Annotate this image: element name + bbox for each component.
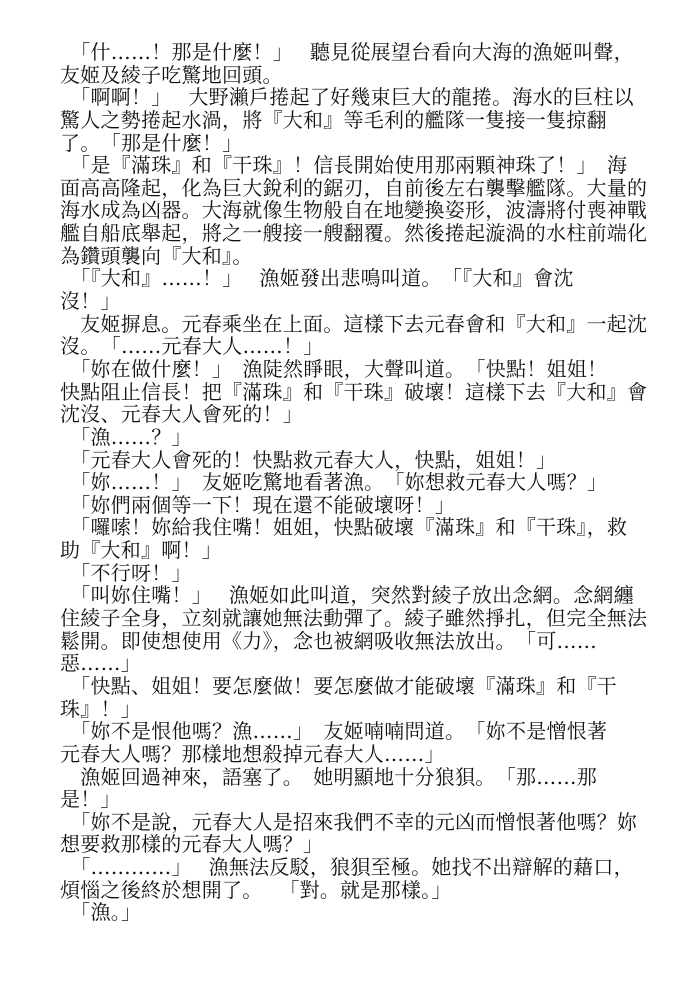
text-line: 「不行呀！」 <box>60 562 640 585</box>
text-line: 「妳們兩個等一下！現在還不能破壞呀！」 <box>60 494 640 517</box>
text-line: 「…………」 漁無法反駁，狼狽至極。她找不出辯解的藉口， <box>60 856 640 879</box>
document-page: 「什……！那是什麼！」 聽見從展望台看向大海的漁姬叫聲， 友姬及綾子吃驚地回頭。… <box>0 0 700 993</box>
text-line: 惡……」 <box>60 652 640 675</box>
text-line: 友姬及綾子吃驚地回頭。 <box>60 64 640 87</box>
text-line: 沒！」 <box>60 290 640 313</box>
text-line: 「叫妳住嘴！」 漁姬如此叫道，突然對綾子放出念網。念網纏 <box>60 584 640 607</box>
text-line: 「妳不是說，元春大人是招來我們不幸的元凶而憎恨著他嗎？妳 <box>60 811 640 834</box>
text-line: 「快點、姐姐！要怎麼做！要怎麼做才能破壞『滿珠』和『干 <box>60 675 640 698</box>
text-line: 助『大和』啊！」 <box>60 539 640 562</box>
text-line: 漁姬回過神來，語塞了。 她明顯地十分狼狽。 「那……那 <box>60 766 640 789</box>
text-line: 「元春大人會死的！快點救元春大人，快點，姐姐！」 <box>60 449 640 472</box>
text-line: 友姬摒息。元春乘坐在上面。這樣下去元春會和『大和』一起沈 <box>60 313 640 336</box>
text-line: 為鑽頭襲向『大和』。 <box>60 245 640 268</box>
text-line: 「妳不是恨他嗎？漁……」 友姬喃喃問道。 「妳不是憎恨著 <box>60 720 640 743</box>
text-line: 想要救那樣的元春大人嗎？」 <box>60 833 640 856</box>
text-line: 沈沒、元春大人會死的！」 <box>60 403 640 426</box>
text-line: 快點阻止信長！把『滿珠』和『干珠』破壞！這樣下去『大和』會 <box>60 381 640 404</box>
text-line: 「妳在做什麼！」 漁陡然睜眼，大聲叫道。 「快點！姐姐！ <box>60 358 640 381</box>
text-line: 「漁。」 <box>60 901 640 924</box>
text-line: 「啊啊！」 大野瀨戶捲起了好幾束巨大的龍捲。海水的巨柱以 <box>60 86 640 109</box>
text-line: 艦自船底舉起，將之一艘接一艘翻覆。然後捲起漩渦的水柱前端化 <box>60 222 640 245</box>
text-line: 「什……！那是什麼！」 聽見從展望台看向大海的漁姬叫聲， <box>60 41 640 64</box>
text-line: 「是『滿珠』和『干珠』！信長開始使用那兩顆神珠了！」 海 <box>60 154 640 177</box>
text-line: 了。 「那是什麼！」 <box>60 132 640 155</box>
text-line: 是！」 <box>60 788 640 811</box>
text-line: 「妳……！」 友姬吃驚地看著漁。 「妳想救元春大人嗎？」 <box>60 471 640 494</box>
text-line: 「『大和』……！」 漁姬發出悲鳴叫道。 「『大和』會沈 <box>60 267 640 290</box>
text-line: 「囉嗦！妳給我住嘴！姐姐，快點破壞『滿珠』和『干珠』，救 <box>60 516 640 539</box>
text-line: 驚人之勢捲起水渦，將『大和』等毛利的艦隊一隻接一隻掠翻 <box>60 109 640 132</box>
text-line: 沒。 「……元春大人……！」 <box>60 335 640 358</box>
text-line: 煩惱之後終於想開了。 「對。就是那樣。」 <box>60 879 640 902</box>
text-line: 住綾子全身，立刻就讓她無法動彈了。綾子雖然掙扎，但完全無法 <box>60 607 640 630</box>
novel-text-block: 「什……！那是什麼！」 聽見從展望台看向大海的漁姬叫聲， 友姬及綾子吃驚地回頭。… <box>60 41 640 924</box>
text-line: 「漁……？」 <box>60 426 640 449</box>
text-line: 海水成為凶器。大海就像生物般自在地變換姿形，波濤將付喪神戰 <box>60 199 640 222</box>
text-line: 面高高隆起，化為巨大銳利的鋸刃，自前後左右襲擊艦隊。大量的 <box>60 177 640 200</box>
text-line: 鬆開。即使想使用《力》，念也被網吸收無法放出。 「可…… <box>60 630 640 653</box>
text-line: 珠』！」 <box>60 698 640 721</box>
text-line: 元春大人嗎？那樣地想殺掉元春大人……」 <box>60 743 640 766</box>
